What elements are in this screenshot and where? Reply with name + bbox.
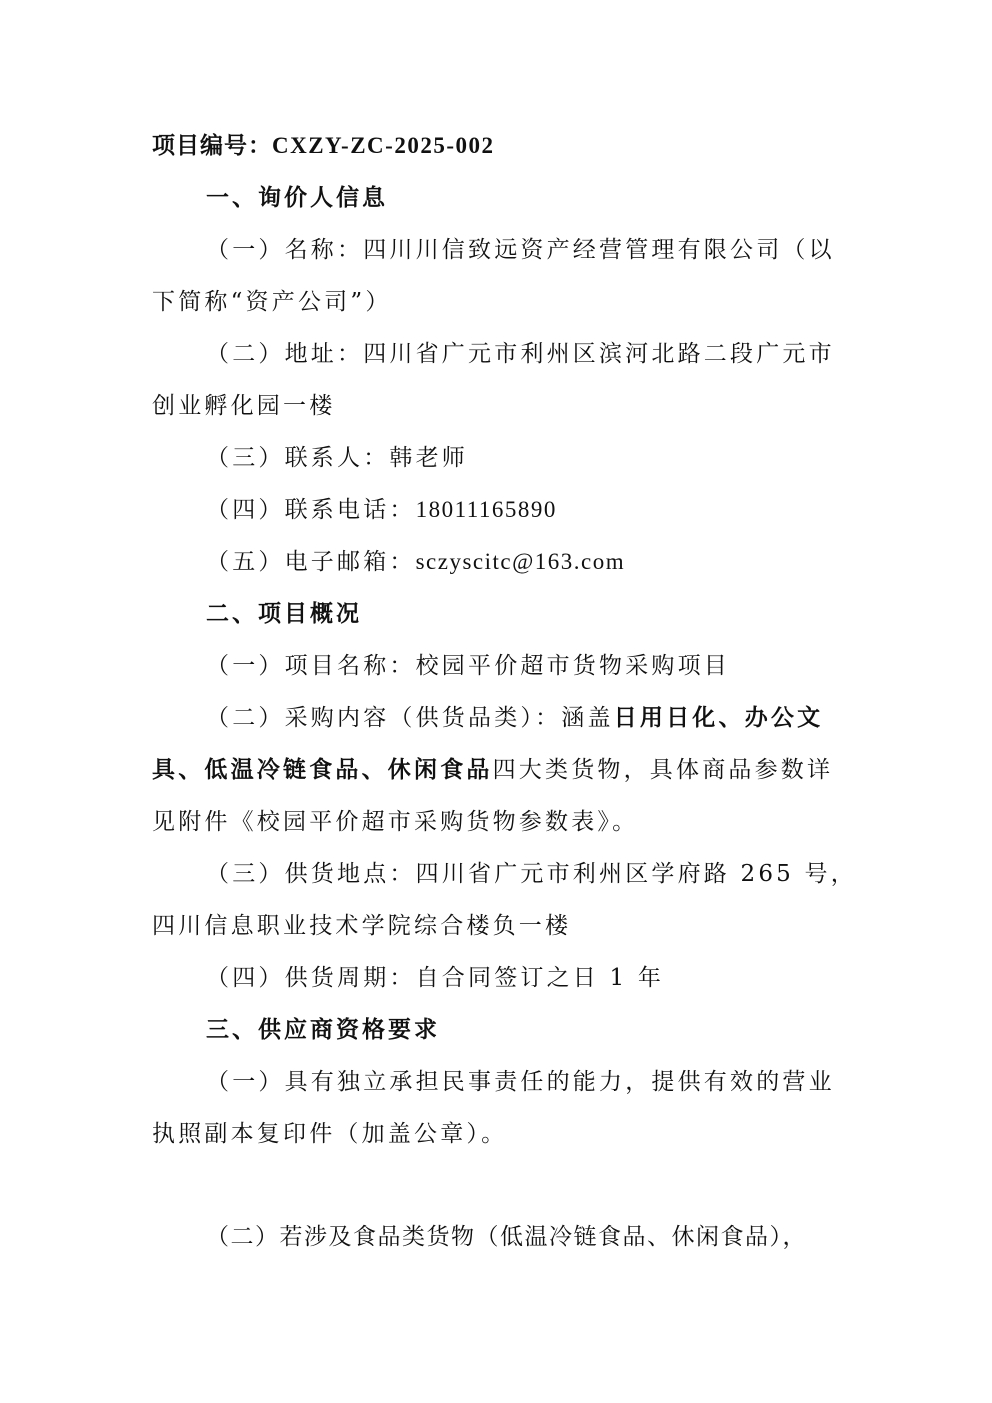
inquirer-name-line2: 下简称“资产公司”） [152, 287, 852, 317]
section-1-title: 一、询价人信息 [206, 183, 906, 213]
content-prefix: （二）采购内容（供货品类）：涵盖 [206, 705, 614, 731]
procurement-content-line3: 见附件《校园平价超市采购货物参数表》。 [152, 807, 852, 837]
project-number: 项目编号：CXZY-ZC-2025-002 [152, 131, 852, 161]
phone-label: （四）联系电话： [206, 497, 416, 523]
project-name: （一）项目名称：校园平价超市货物采购项目 [206, 651, 906, 681]
project-number-label: 项目编号： [152, 133, 272, 159]
procurement-content-line2: 具、低温冷链食品、休闲食品四大类货物，具体商品参数详 [152, 755, 852, 785]
procurement-content-line1: （二）采购内容（供货品类）：涵盖日用日化、办公文 [206, 703, 906, 733]
section-3-title: 三、供应商资格要求 [206, 1015, 906, 1045]
phone-number: 18011165890 [416, 497, 557, 522]
content-rest: 四大类货物，具体商品参数详 [493, 757, 834, 783]
contact-phone: （四）联系电话：18011165890 [206, 495, 906, 525]
delivery-period: （四）供货周期：自合同签订之日 1 年 [206, 963, 906, 993]
requirement-1-line2: 执照副本复印件（加盖公章）。 [152, 1119, 852, 1149]
requirement-2-line1: （二）若涉及食品类货物（低温冷链食品、休闲食品）， [206, 1222, 906, 1252]
inquirer-name-line1: （一）名称：四川川信致远资产经营管理有限公司（以 [206, 235, 906, 265]
email-address: sczyscitc@163.com [416, 549, 626, 574]
requirement-1-line1: （一）具有独立承担民事责任的能力，提供有效的营业 [206, 1067, 906, 1097]
contact-email: （五）电子邮箱：sczyscitc@163.com [206, 547, 906, 577]
project-number-value: CXZY-ZC-2025-002 [272, 133, 495, 158]
content-categories-bold-2: 具、低温冷链食品、休闲食品 [152, 757, 493, 783]
document-page: 项目编号：CXZY-ZC-2025-002 一、询价人信息 （一）名称：四川川信… [0, 0, 992, 1403]
section-2-title: 二、项目概况 [206, 599, 906, 629]
delivery-location-line2: 四川信息职业技术学院综合楼负一楼 [152, 911, 852, 941]
content-categories-bold-1: 日用日化、办公文 [614, 705, 824, 731]
inquirer-address-line2: 创业孵化园一楼 [152, 391, 852, 421]
inquirer-address-line1: （二）地址：四川省广元市利州区滨河北路二段广元市 [206, 339, 906, 369]
email-label: （五）电子邮箱： [206, 549, 416, 575]
delivery-location-line1: （三）供货地点：四川省广元市利州区学府路 265 号， [206, 859, 906, 889]
contact-person: （三）联系人：韩老师 [206, 443, 906, 473]
